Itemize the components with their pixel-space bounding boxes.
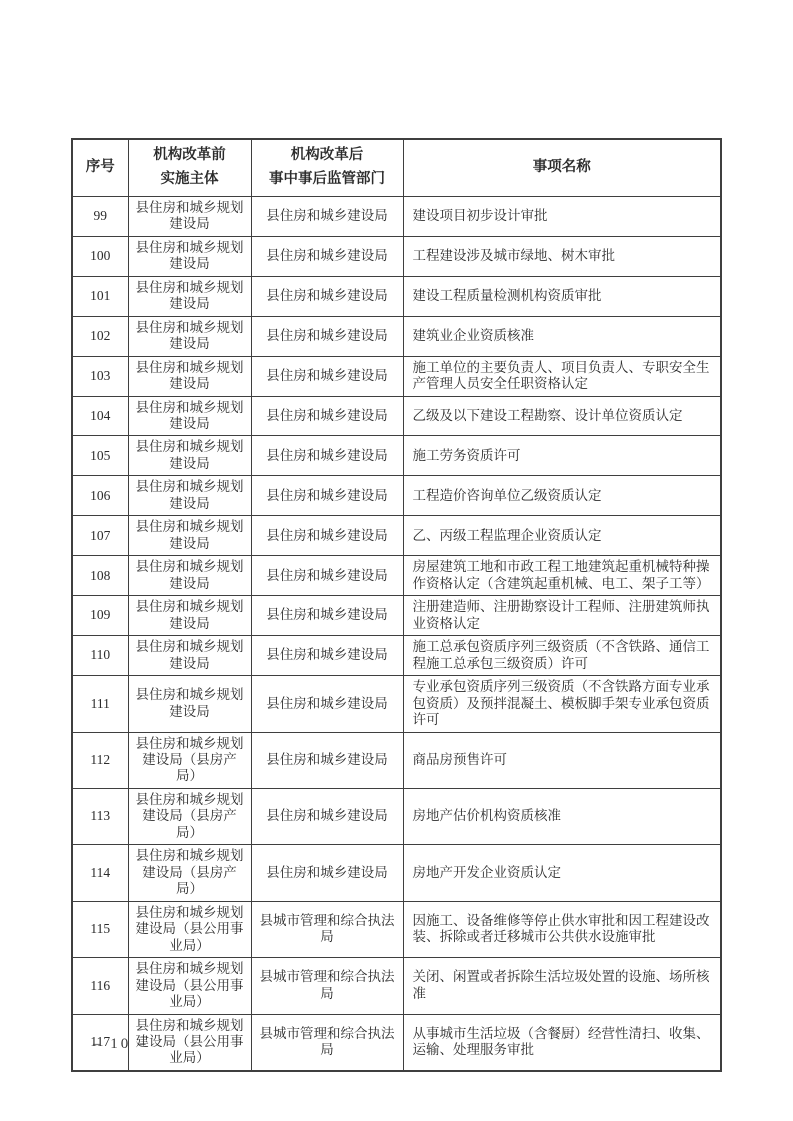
page-number: – 10 – <box>93 1036 149 1053</box>
cell-seq: 111 <box>72 676 128 732</box>
cell-item: 因施工、设备维修等停止供水审批和因工程建设改装、拆除或者迁移城市公共供水设施审批 <box>403 901 721 957</box>
cell-seq: 105 <box>72 436 128 476</box>
table-row: 104县住房和城乡规划建设局县住房和城乡建设局乙级及以下建设工程勘察、设计单位资… <box>72 396 721 436</box>
cell-seq: 112 <box>72 732 128 788</box>
cell-before: 县住房和城乡规划建设局 <box>128 356 251 396</box>
cell-after: 县住房和城乡建设局 <box>251 516 403 556</box>
cell-after: 县住房和城乡建设局 <box>251 556 403 596</box>
cell-after: 县住房和城乡建设局 <box>251 356 403 396</box>
table-row: 105县住房和城乡规划建设局县住房和城乡建设局施工劳务资质许可 <box>72 436 721 476</box>
table-row: 110县住房和城乡规划建设局县住房和城乡建设局施工总承包资质序列三级资质（不含铁… <box>72 636 721 676</box>
cell-item: 注册建造师、注册勘察设计工程师、注册建筑师执业资格认定 <box>403 596 721 636</box>
table-row: 106县住房和城乡规划建设局县住房和城乡建设局工程造价咨询单位乙级资质认定 <box>72 476 721 516</box>
cell-before: 县住房和城乡规划建设局 <box>128 516 251 556</box>
table-row: 100县住房和城乡规划建设局县住房和城乡建设局工程建设涉及城市绿地、树木审批 <box>72 236 721 276</box>
table-row: 111县住房和城乡规划建设局县住房和城乡建设局专业承包资质序列三级资质（不含铁路… <box>72 676 721 732</box>
cell-item: 房地产估价机构资质核准 <box>403 788 721 844</box>
cell-before: 县住房和城乡规划建设局（县房产局） <box>128 845 251 901</box>
cell-item: 施工劳务资质许可 <box>403 436 721 476</box>
cell-item: 工程建设涉及城市绿地、树木审批 <box>403 236 721 276</box>
cell-item: 关闭、闲置或者拆除生活垃圾处置的设施、场所核准 <box>403 958 721 1014</box>
cell-seq: 110 <box>72 636 128 676</box>
cell-after: 县住房和城乡建设局 <box>251 436 403 476</box>
cell-seq: 115 <box>72 901 128 957</box>
cell-before: 县住房和城乡规划建设局（县公用事业局） <box>128 901 251 957</box>
header-before: 机构改革前 实施主体 <box>128 139 251 196</box>
table-row: 101县住房和城乡规划建设局县住房和城乡建设局建设工程质量检测机构资质审批 <box>72 276 721 316</box>
cell-seq: 102 <box>72 316 128 356</box>
cell-item: 乙级及以下建设工程勘察、设计单位资质认定 <box>403 396 721 436</box>
cell-item: 从事城市生活垃圾（含餐厨）经营性清扫、收集、运输、处理服务审批 <box>403 1014 721 1071</box>
cell-after: 县住房和城乡建设局 <box>251 276 403 316</box>
cell-before: 县住房和城乡规划建设局 <box>128 396 251 436</box>
cell-item: 工程造价咨询单位乙级资质认定 <box>403 476 721 516</box>
cell-seq: 108 <box>72 556 128 596</box>
cell-before: 县住房和城乡规划建设局 <box>128 436 251 476</box>
header-after: 机构改革后 事中事后监管部门 <box>251 139 403 196</box>
cell-after: 县城市管理和综合执法局 <box>251 958 403 1014</box>
cell-item: 房地产开发企业资质认定 <box>403 845 721 901</box>
cell-seq: 114 <box>72 845 128 901</box>
table-row: 107县住房和城乡规划建设局县住房和城乡建设局乙、丙级工程监理企业资质认定 <box>72 516 721 556</box>
cell-item: 施工总承包资质序列三级资质（不含铁路、通信工程施工总承包三级资质）许可 <box>403 636 721 676</box>
cell-after: 县住房和城乡建设局 <box>251 196 403 236</box>
cell-item: 施工单位的主要负责人、项目负责人、专职安全生产管理人员安全任职资格认定 <box>403 356 721 396</box>
cell-seq: 101 <box>72 276 128 316</box>
cell-item: 建设工程质量检测机构资质审批 <box>403 276 721 316</box>
cell-item: 建设项目初步设计审批 <box>403 196 721 236</box>
cell-item: 建筑业企业资质核准 <box>403 316 721 356</box>
cell-before: 县住房和城乡规划建设局 <box>128 476 251 516</box>
cell-after: 县城市管理和综合执法局 <box>251 901 403 957</box>
header-row: 序号 机构改革前 实施主体 机构改革后 事中事后监管部门 事项名称 <box>72 139 721 196</box>
cell-before: 县住房和城乡规划建设局 <box>128 276 251 316</box>
cell-seq: 99 <box>72 196 128 236</box>
cell-seq: 106 <box>72 476 128 516</box>
cell-item: 商品房预售许可 <box>403 732 721 788</box>
table-row: 99县住房和城乡规划建设局县住房和城乡建设局建设项目初步设计审批 <box>72 196 721 236</box>
header-item: 事项名称 <box>403 139 721 196</box>
cell-after: 县住房和城乡建设局 <box>251 396 403 436</box>
cell-before: 县住房和城乡规划建设局（县房产局） <box>128 788 251 844</box>
header-seq: 序号 <box>72 139 128 196</box>
cell-after: 县住房和城乡建设局 <box>251 676 403 732</box>
table-row: 116县住房和城乡规划建设局（县公用事业局）县城市管理和综合执法局关闭、闲置或者… <box>72 958 721 1014</box>
reform-items-table: 序号 机构改革前 实施主体 机构改革后 事中事后监管部门 事项名称 99县住房和… <box>71 138 722 1072</box>
table-row: 103县住房和城乡规划建设局县住房和城乡建设局施工单位的主要负责人、项目负责人、… <box>72 356 721 396</box>
table-row: 109县住房和城乡规划建设局县住房和城乡建设局注册建造师、注册勘察设计工程师、注… <box>72 596 721 636</box>
cell-before: 县住房和城乡规划建设局 <box>128 596 251 636</box>
cell-before: 县住房和城乡规划建设局 <box>128 196 251 236</box>
cell-before: 县住房和城乡规划建设局 <box>128 316 251 356</box>
cell-after: 县住房和城乡建设局 <box>251 636 403 676</box>
table-header: 序号 机构改革前 实施主体 机构改革后 事中事后监管部门 事项名称 <box>72 139 721 196</box>
cell-seq: 109 <box>72 596 128 636</box>
cell-after: 县住房和城乡建设局 <box>251 236 403 276</box>
cell-seq: 104 <box>72 396 128 436</box>
cell-after: 县住房和城乡建设局 <box>251 788 403 844</box>
cell-seq: 103 <box>72 356 128 396</box>
table-row: 117县住房和城乡规划建设局（县公用事业局）县城市管理和综合执法局从事城市生活垃… <box>72 1014 721 1071</box>
cell-after: 县住房和城乡建设局 <box>251 845 403 901</box>
cell-after: 县城市管理和综合执法局 <box>251 1014 403 1071</box>
cell-after: 县住房和城乡建设局 <box>251 316 403 356</box>
table-row: 114县住房和城乡规划建设局（县房产局）县住房和城乡建设局房地产开发企业资质认定 <box>72 845 721 901</box>
cell-seq: 113 <box>72 788 128 844</box>
table-body: 99县住房和城乡规划建设局县住房和城乡建设局建设项目初步设计审批100县住房和城… <box>72 196 721 1071</box>
cell-item: 乙、丙级工程监理企业资质认定 <box>403 516 721 556</box>
table-row: 102县住房和城乡规划建设局县住房和城乡建设局建筑业企业资质核准 <box>72 316 721 356</box>
table-row: 108县住房和城乡规划建设局县住房和城乡建设局房屋建筑工地和市政工程工地建筑起重… <box>72 556 721 596</box>
cell-before: 县住房和城乡规划建设局（县房产局） <box>128 732 251 788</box>
cell-seq: 107 <box>72 516 128 556</box>
cell-after: 县住房和城乡建设局 <box>251 476 403 516</box>
cell-before: 县住房和城乡规划建设局 <box>128 676 251 732</box>
table-row: 112县住房和城乡规划建设局（县房产局）县住房和城乡建设局商品房预售许可 <box>72 732 721 788</box>
cell-seq: 100 <box>72 236 128 276</box>
cell-before: 县住房和城乡规划建设局 <box>128 556 251 596</box>
cell-before: 县住房和城乡规划建设局 <box>128 636 251 676</box>
document-page: 序号 机构改革前 实施主体 机构改革后 事中事后监管部门 事项名称 99县住房和… <box>0 0 793 1121</box>
cell-after: 县住房和城乡建设局 <box>251 596 403 636</box>
table-row: 115县住房和城乡规划建设局（县公用事业局）县城市管理和综合执法局因施工、设备维… <box>72 901 721 957</box>
cell-item: 专业承包资质序列三级资质（不含铁路方面专业承包资质）及预拌混凝土、模板脚手架专业… <box>403 676 721 732</box>
cell-seq: 116 <box>72 958 128 1014</box>
cell-before: 县住房和城乡规划建设局 <box>128 236 251 276</box>
cell-after: 县住房和城乡建设局 <box>251 732 403 788</box>
cell-item: 房屋建筑工地和市政工程工地建筑起重机械特种操作资格认定（含建筑起重机械、电工、架… <box>403 556 721 596</box>
cell-before: 县住房和城乡规划建设局（县公用事业局） <box>128 958 251 1014</box>
table-row: 113县住房和城乡规划建设局（县房产局）县住房和城乡建设局房地产估价机构资质核准 <box>72 788 721 844</box>
